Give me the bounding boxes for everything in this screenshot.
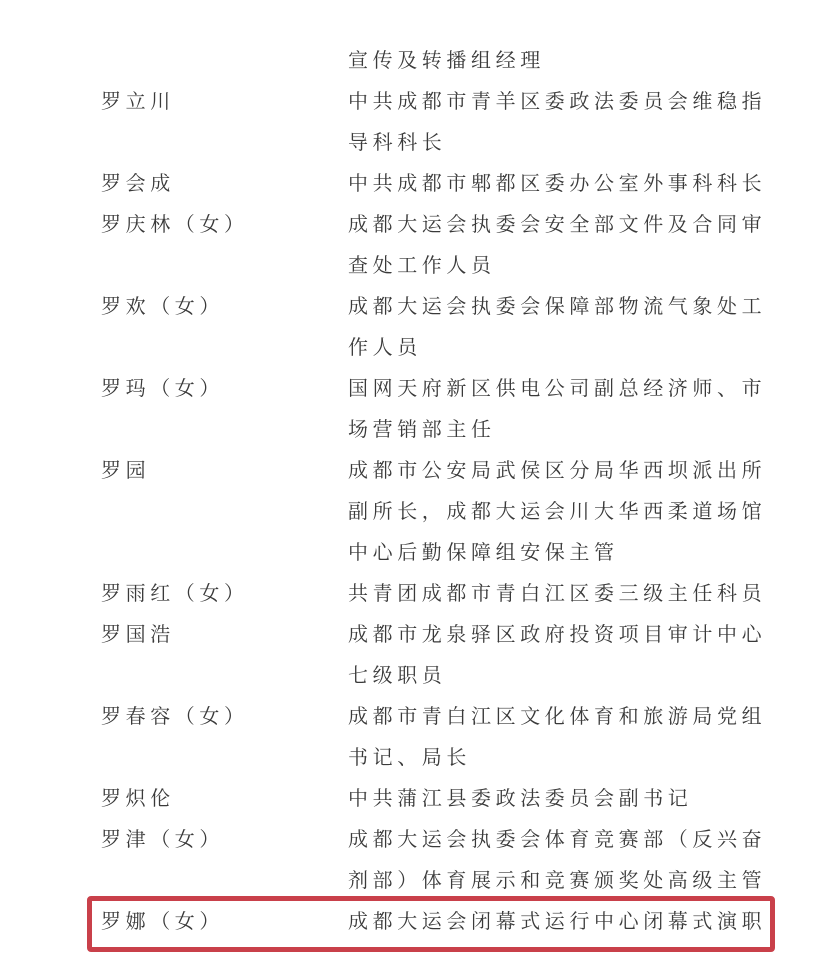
continuation-line: 宣传及转播组经理 bbox=[348, 45, 545, 75]
document-page: 宣传及转播组经理 罗立川 中共成都市青羊区委政法委员会维稳指 导科科长 罗会成 … bbox=[0, 0, 831, 971]
entry-title: 中共成都市青羊区委政法委员会维稳指 bbox=[348, 86, 766, 116]
entry-name: 罗园 bbox=[101, 455, 150, 485]
entry-title: 成都市公安局武侯区分局华西坝派出所 bbox=[348, 455, 766, 485]
entry-title: 场营销部主任 bbox=[348, 414, 496, 444]
entry-title: 成都大运会执委会保障部物流气象处工 bbox=[348, 291, 766, 321]
entry-name: 罗立川 bbox=[101, 86, 175, 116]
entry-name: 罗津（女） bbox=[101, 824, 224, 854]
entry-name: 罗欢（女） bbox=[101, 291, 224, 321]
entry-name: 罗雨红（女） bbox=[101, 578, 249, 608]
entry-title: 导科科长 bbox=[348, 127, 446, 157]
entry-title: 作人员 bbox=[348, 332, 422, 362]
entry-name: 罗炽伦 bbox=[101, 783, 175, 813]
entry-title: 书记、局长 bbox=[348, 742, 471, 772]
entry-name: 罗国浩 bbox=[101, 619, 175, 649]
entry-name: 罗庆林（女） bbox=[101, 209, 249, 239]
entry-title: 中共蒲江县委政法委员会副书记 bbox=[348, 783, 692, 813]
entry-title: 中心后勤保障组安保主管 bbox=[348, 537, 619, 567]
entry-name: 罗玛（女） bbox=[101, 373, 224, 403]
entry-title: 成都大运会执委会体育竞赛部（反兴奋 bbox=[348, 824, 766, 854]
entry-title: 副所长，成都大运会川大华西柔道场馆 bbox=[348, 496, 766, 526]
highlighted-entry-title: 成都大运会闭幕式运行中心闭幕式演职 bbox=[348, 906, 766, 936]
entry-name: 罗会成 bbox=[101, 168, 175, 198]
entry-title: 成都市龙泉驿区政府投资项目审计中心 bbox=[348, 619, 766, 649]
highlighted-entry-name: 罗娜（女） bbox=[101, 906, 224, 936]
entry-title: 查处工作人员 bbox=[348, 250, 496, 280]
entry-name: 罗春容（女） bbox=[101, 701, 249, 731]
entry-title: 中共成都市郫都区委办公室外事科科长 bbox=[348, 168, 766, 198]
entry-title: 成都市青白江区文化体育和旅游局党组 bbox=[348, 701, 766, 731]
entry-title: 共青团成都市青白江区委三级主任科员 bbox=[348, 578, 766, 608]
entry-title: 成都大运会执委会安全部文件及合同审 bbox=[348, 209, 766, 239]
entry-title: 国网天府新区供电公司副总经济师、市 bbox=[348, 373, 766, 403]
entry-title: 剂部）体育展示和竞赛颁奖处高级主管 bbox=[348, 865, 766, 895]
entry-title: 七级职员 bbox=[348, 660, 446, 690]
